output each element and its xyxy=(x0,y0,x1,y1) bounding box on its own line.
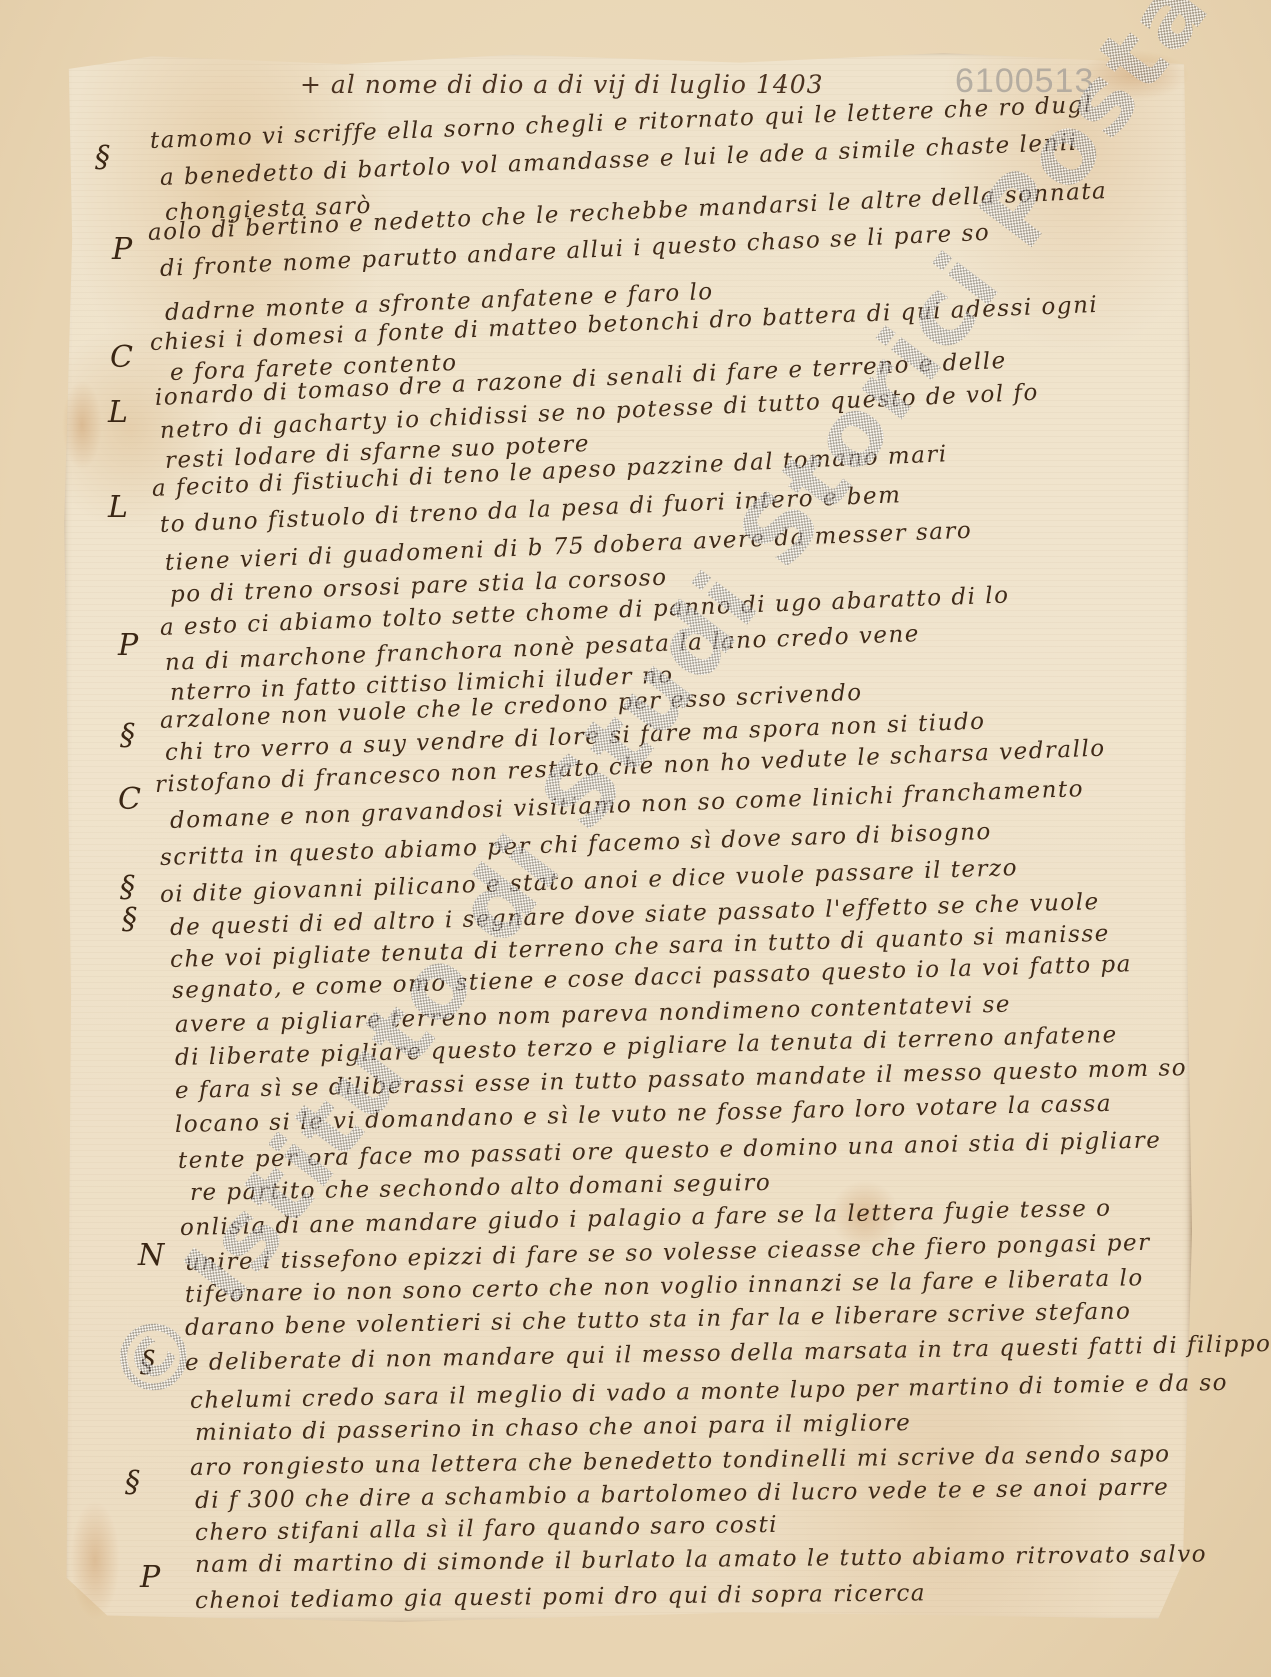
text-line: nam di martino di simonde il burlato la … xyxy=(195,1541,1207,1578)
margin-mark: § xyxy=(120,718,135,753)
margin-mark: C xyxy=(118,782,141,817)
text-line: chelumi credo sara il meglio di vado a m… xyxy=(190,1370,1228,1414)
margin-mark: § xyxy=(95,140,110,175)
text-line: re partito che sechondo alto domani segu… xyxy=(190,1170,772,1206)
margin-mark: C xyxy=(110,340,133,375)
letter-body: § P C L L P § C § § N § § P tamomo vi sc… xyxy=(0,0,1271,1677)
margin-mark: L xyxy=(108,395,128,430)
margin-mark: P xyxy=(112,232,132,267)
margin-mark: § xyxy=(140,1345,155,1380)
text-line: aro rongiesto una lettera che benedetto … xyxy=(190,1441,1171,1481)
text-line: chenoi tediamo gia questi pomi dro qui d… xyxy=(195,1580,926,1614)
text-line: di f 300 che dire a schambio a bartolome… xyxy=(195,1474,1170,1514)
text-line: chero stifani alla sì il faro quando sar… xyxy=(195,1512,778,1546)
margin-mark: N xyxy=(138,1238,164,1273)
margin-mark: § xyxy=(122,902,137,937)
margin-mark: P xyxy=(140,1560,160,1595)
margin-mark: § xyxy=(120,870,135,905)
margin-mark: § xyxy=(125,1465,140,1500)
margin-mark: P xyxy=(118,628,138,663)
margin-mark: L xyxy=(108,490,128,525)
text-line: miniato di passerino in chaso che anoi p… xyxy=(195,1410,912,1446)
